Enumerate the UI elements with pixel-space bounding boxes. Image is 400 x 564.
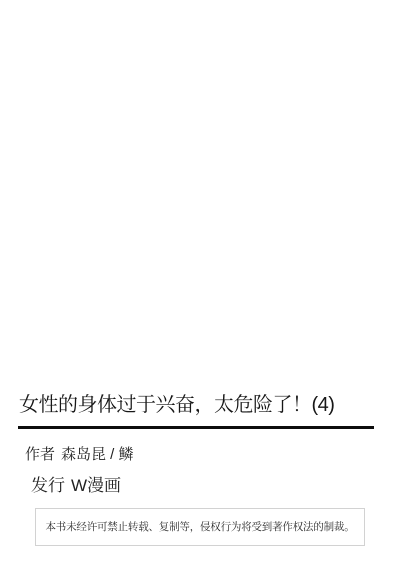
title-divider xyxy=(18,426,374,429)
copyright-notice-text: 本书未经许可禁止转载、复制等，侵权行为将受到著作权法的制裁。 xyxy=(46,522,355,533)
publisher-line: 发行W漫画 xyxy=(31,477,121,494)
publisher-value: W漫画 xyxy=(71,476,121,495)
publisher-label: 发行 xyxy=(31,476,65,495)
credits-page: 女性的身体过于兴奋，太危险了！(4) 作者森岛昆 / 鳞 发行W漫画 本书未经许… xyxy=(0,0,400,564)
copyright-notice-box: 本书未经许可禁止转载、复制等，侵权行为将受到著作权法的制裁。 xyxy=(35,508,365,546)
author-line: 作者森岛昆 / 鳞 xyxy=(25,447,134,462)
author-label: 作者 xyxy=(25,446,55,463)
author-value: 森岛昆 / 鳞 xyxy=(61,446,134,463)
book-title: 女性的身体过于兴奋，太危险了！(4) xyxy=(19,394,334,416)
